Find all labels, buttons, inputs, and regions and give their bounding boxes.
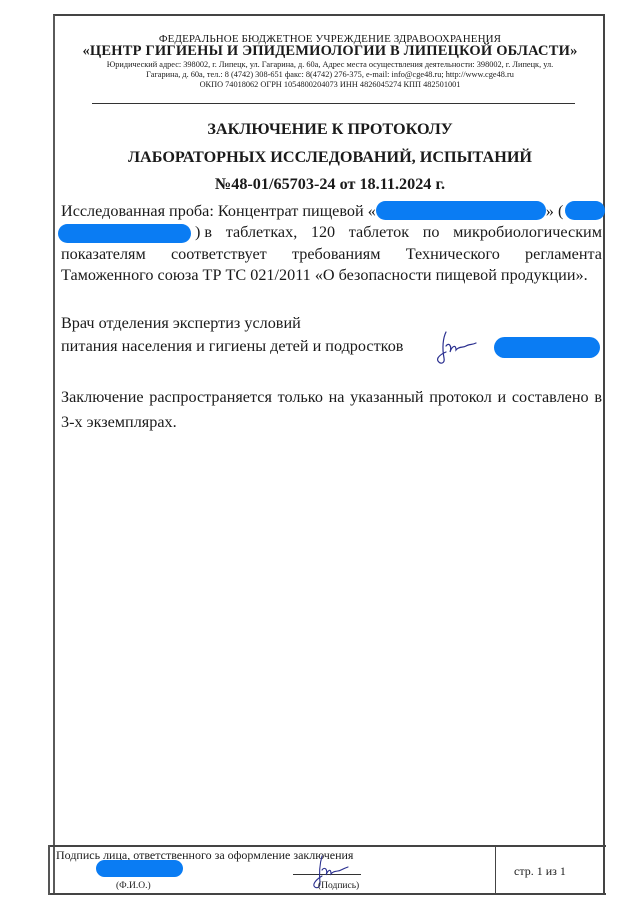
word: Заключение	[61, 387, 144, 409]
word: требованиям	[292, 244, 381, 266]
word: соответствует	[171, 244, 267, 266]
footer-divider	[495, 846, 496, 894]
signature-caption: (Подпись)	[318, 881, 359, 891]
document-title-line-1: ЗАКЛЮЧЕНИЕ К ПРОТОКОЛУ	[60, 120, 600, 139]
word: по	[423, 222, 440, 244]
notice-line-1: Заключение распространяется только на ук…	[61, 387, 602, 409]
document-title-line-2: ЛАБОРАТОРНЫХ ИССЛЕДОВАНИЙ, ИСПЫТАНИЙ	[60, 148, 600, 167]
word: Технического	[406, 244, 500, 266]
registration-ids: ОКПО 74018062 ОГРН 1054800204073 ИНН 482…	[60, 80, 600, 89]
sample-prefix: Исследованная проба: Концентрат пищевой …	[61, 202, 376, 220]
sample-mid: » (	[546, 202, 564, 220]
word: и	[497, 387, 506, 409]
fio-caption: (Ф.И.О.)	[116, 881, 151, 891]
page-number: стр. 1 из 1	[514, 864, 566, 879]
word: микробиологическим	[453, 222, 602, 244]
address-line-1: Юридический адрес: 398002, г. Липецк, ул…	[60, 60, 600, 69]
doctor-title-line-1: Врач отделения экспертиз условий	[61, 313, 602, 335]
word: на	[329, 387, 345, 409]
word: указанный	[350, 387, 423, 409]
conclusion-line-3: показателям соответствует требованиям Те…	[61, 244, 602, 266]
address-line-2: Гагарина, д. 60а, тел.: 8 (4742) 308-651…	[60, 70, 600, 79]
word: 120	[311, 222, 335, 244]
redacted-doctor-name	[494, 337, 600, 358]
notice-line-2: 3-х экземплярах.	[61, 412, 602, 434]
org-name: «ЦЕНТР ГИГИЕНЫ И ЭПИДЕМИОЛОГИИ В ЛИПЕЦКО…	[60, 43, 600, 60]
doctor-signature-icon	[432, 328, 482, 366]
word: только	[278, 387, 323, 409]
redacted-product-detail-cont	[58, 224, 191, 243]
redacted-responsible-name	[96, 860, 183, 877]
conclusion-line-4: Таможенного союза ТР ТС 021/2011 «О безо…	[61, 265, 602, 287]
redacted-product-name	[376, 201, 546, 220]
word: в	[594, 387, 602, 409]
word: составлено	[512, 387, 589, 409]
conclusion-line-1: Исследованная проба: Концентрат пищевой …	[61, 201, 602, 223]
word: протокол	[429, 387, 492, 409]
document-frame	[53, 14, 605, 895]
conclusion-line-2: ) в таблетках, 120 таблеток по микробиол…	[61, 222, 602, 244]
protocol-number: №48-01/65703-24 от 18.11.2024 г.	[60, 175, 600, 194]
header-divider	[92, 103, 575, 104]
redacted-product-detail	[565, 201, 605, 220]
word: таблетках,	[226, 222, 298, 244]
word: распространяется	[149, 387, 272, 409]
word: таблеток	[349, 222, 409, 244]
word: показателям	[61, 244, 146, 266]
word: регламента	[525, 244, 602, 266]
footer-box-left-edge	[48, 845, 50, 895]
conclusion-line-2-start: ) в	[61, 222, 212, 244]
